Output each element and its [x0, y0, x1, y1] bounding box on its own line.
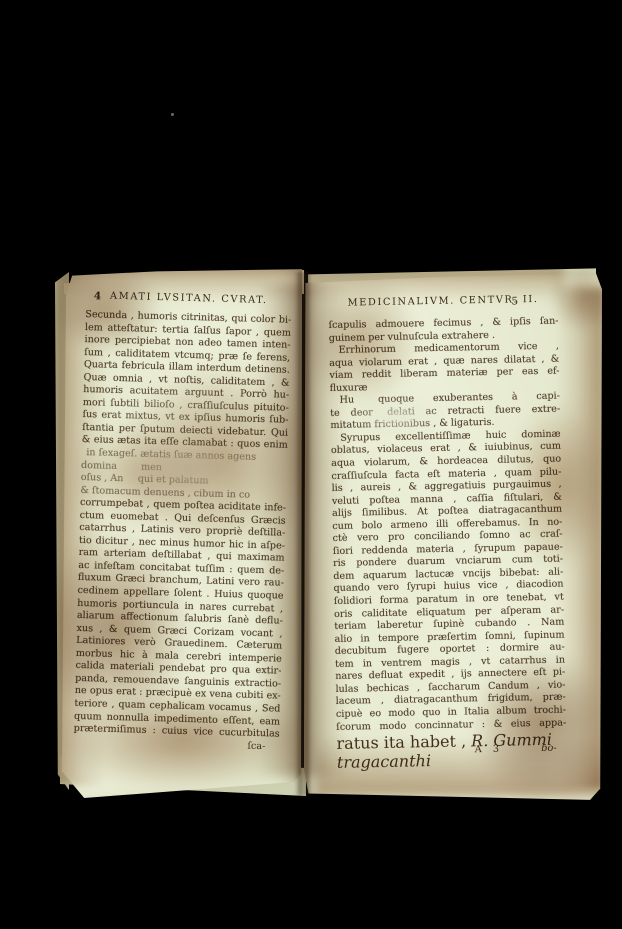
right-catchword: bo- — [541, 742, 557, 753]
book-photograph: 4 AMATI LVSITAN. CVRAT. Secunda , humori… — [0, 0, 622, 929]
gathering-signature: A 3 — [475, 743, 504, 755]
left-page-content: 4 AMATI LVSITAN. CVRAT. Secunda , humori… — [73, 290, 292, 754]
right-text-block: ſcapulis admouere fecimus , & ipſis ſan-… — [328, 316, 566, 734]
right-page-content: MEDICINALIVM. CENTVR. II. 5 ſcapulis adm… — [328, 294, 567, 760]
right-page-number: 5 — [511, 295, 518, 307]
left-page: 4 AMATI LVSITAN. CVRAT. Secunda , humori… — [60, 266, 302, 798]
running-header-text: AMATI LVSITAN. CVRAT. — [86, 290, 292, 307]
dust-speck — [171, 113, 174, 116]
right-running-header: MEDICINALIVM. CENTVR. II. 5 — [328, 294, 558, 313]
left-page-number: 4 — [94, 290, 102, 302]
right-page: MEDICINALIVM. CENTVR. II. 5 ſcapulis adm… — [304, 268, 602, 802]
running-header-text: MEDICINALIVM. CENTVR. II. — [328, 294, 558, 309]
left-text-block: Secunda , humoris citrinitas, qui color … — [74, 309, 292, 741]
left-running-header: 4 AMATI LVSITAN. CVRAT. — [86, 290, 292, 311]
